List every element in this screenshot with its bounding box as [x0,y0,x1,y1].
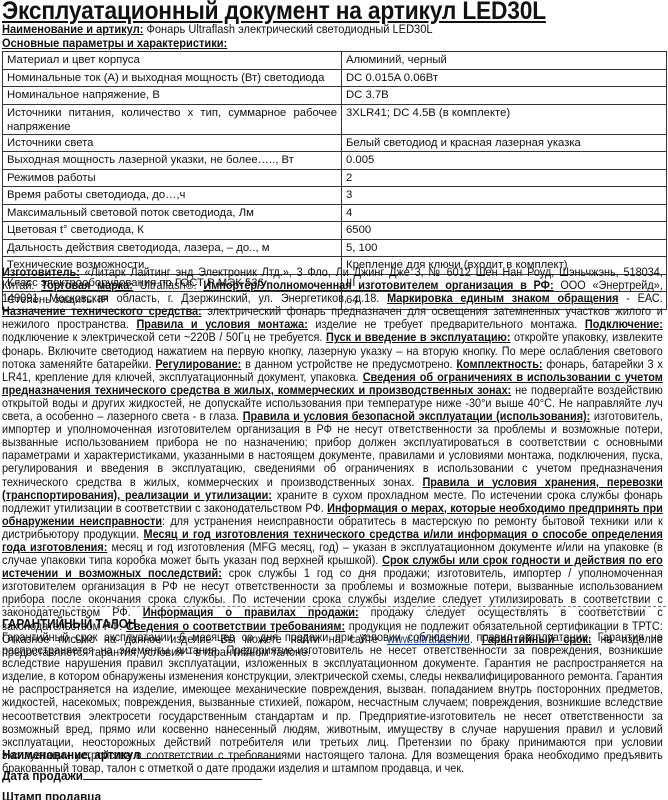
table-row: Номинальное напряжение, ВDC 3.7В [3,87,667,105]
section-label: Правила и условия безопасной эксплуатаци… [243,409,591,423]
spec-param: Цветовая t° светодиода, К [3,222,342,240]
section-label: Информация о правилах продажи: [143,605,359,619]
spec-param: Дальность действия светодиода, лазера, –… [3,239,342,257]
table-row: Режимов работы2 [3,169,667,187]
description-text: Изготовитель: «Литарк Лайтинг энд Электр… [2,266,663,659]
section-label: Маркировка единым знаком обращения [387,291,618,305]
field-label: Штамп продавца [2,789,101,800]
field-product-name: Наименование, артикул [2,746,281,762]
spec-value: 6500 [342,222,667,240]
product-name-line: Наименование и артикул: Фонарь Ultraflas… [2,22,433,36]
cut-line-divider [2,606,666,607]
section-label: Комплектность: [456,357,542,371]
spec-param: Материал и цвет корпуса [3,52,342,70]
table-row: Номинальные ток (А) и выходная мощность … [3,69,667,87]
section-label: Пуск и введение в эксплуатацию: [326,330,511,344]
section-label: Изготовитель: [2,265,80,279]
table-row: Время работы светодиода, до…,ч3 [3,187,667,205]
field-blank-line [140,746,280,759]
product-name-label: Наименование и артикул: [2,22,143,36]
spec-param: Максимальный световой поток светодиода, … [3,204,342,222]
spec-value: Белый светодиод и красная лазерная указк… [342,134,667,152]
field-blank-line [101,788,272,800]
section-text: подключение к электрической сети ~220В /… [2,330,326,344]
spec-param: Источники света [3,134,342,152]
section-label: Импортёр/Уполномоченная изготовителем ор… [203,278,553,292]
spec-value: 4 [342,204,667,222]
table-row: Цветовая t° светодиода, К6500 [3,222,667,240]
spec-value: 3XLR41; DC 4.5В (в комплекте) [342,104,667,134]
spec-param: Номинальное напряжение, В [3,87,342,105]
section-label: Подключение: [585,317,663,331]
params-heading: Основные параметры и характеристики: [2,36,227,50]
spec-param: Режимов работы [3,169,342,187]
field-label: Наименование, артикул [2,747,140,762]
spec-value: 3 [342,187,667,205]
spec-param: Источники питания, количество х тип, сум… [3,104,342,134]
field-label: Дата продажи [2,768,83,783]
field-blank-line [83,767,262,780]
section-text: Ultraflash®. [133,278,203,292]
warranty-title: ГАРАНТИЙНЫЙ ТАЛОН [2,616,136,631]
spec-value: DC 3.7В [342,87,667,105]
section-label: Торговая марка: [41,278,133,292]
field-sale-date: Дата продажи [2,767,262,783]
product-name-value: Фонарь Ultraflash электрический светодио… [146,22,432,36]
table-row: Дальность действия светодиода, лазера, –… [3,239,667,257]
section-label: Регулирование: [155,357,241,371]
section-label: Правила и условия монтажа: [136,317,307,331]
spec-param: Время работы светодиода, до…,ч [3,187,342,205]
section-label: Назначение технического средства: [2,304,202,318]
table-row: Максимальный световой поток светодиода, … [3,204,667,222]
table-row: Материал и цвет корпусаАлюминий, черный [3,52,667,70]
table-row: Выходная мощность лазерной указки, не бо… [3,152,667,170]
table-row: Источники питания, количество х тип, сум… [3,104,667,134]
section-text: в данном устройстве не предусмотрено. [241,357,456,371]
field-seller-stamp: Штамп продавца [2,788,272,800]
spec-value: DC 0.015A 0.06Вт [342,69,667,87]
spec-value: 2 [342,169,667,187]
section-text: - ЕАС. [618,291,662,305]
section-text: изделие не требует предварительного монт… [308,317,585,331]
spec-value: Алюминий, черный [342,52,667,70]
spec-param: Выходная мощность лазерной указки, не бо… [3,152,342,170]
spec-param: Номинальные ток (А) и выходная мощность … [3,69,342,87]
spec-value: 0.005 [342,152,667,170]
spec-value: 5, 100 [342,239,667,257]
table-row: Источники светаБелый светодиод и красная… [3,134,667,152]
